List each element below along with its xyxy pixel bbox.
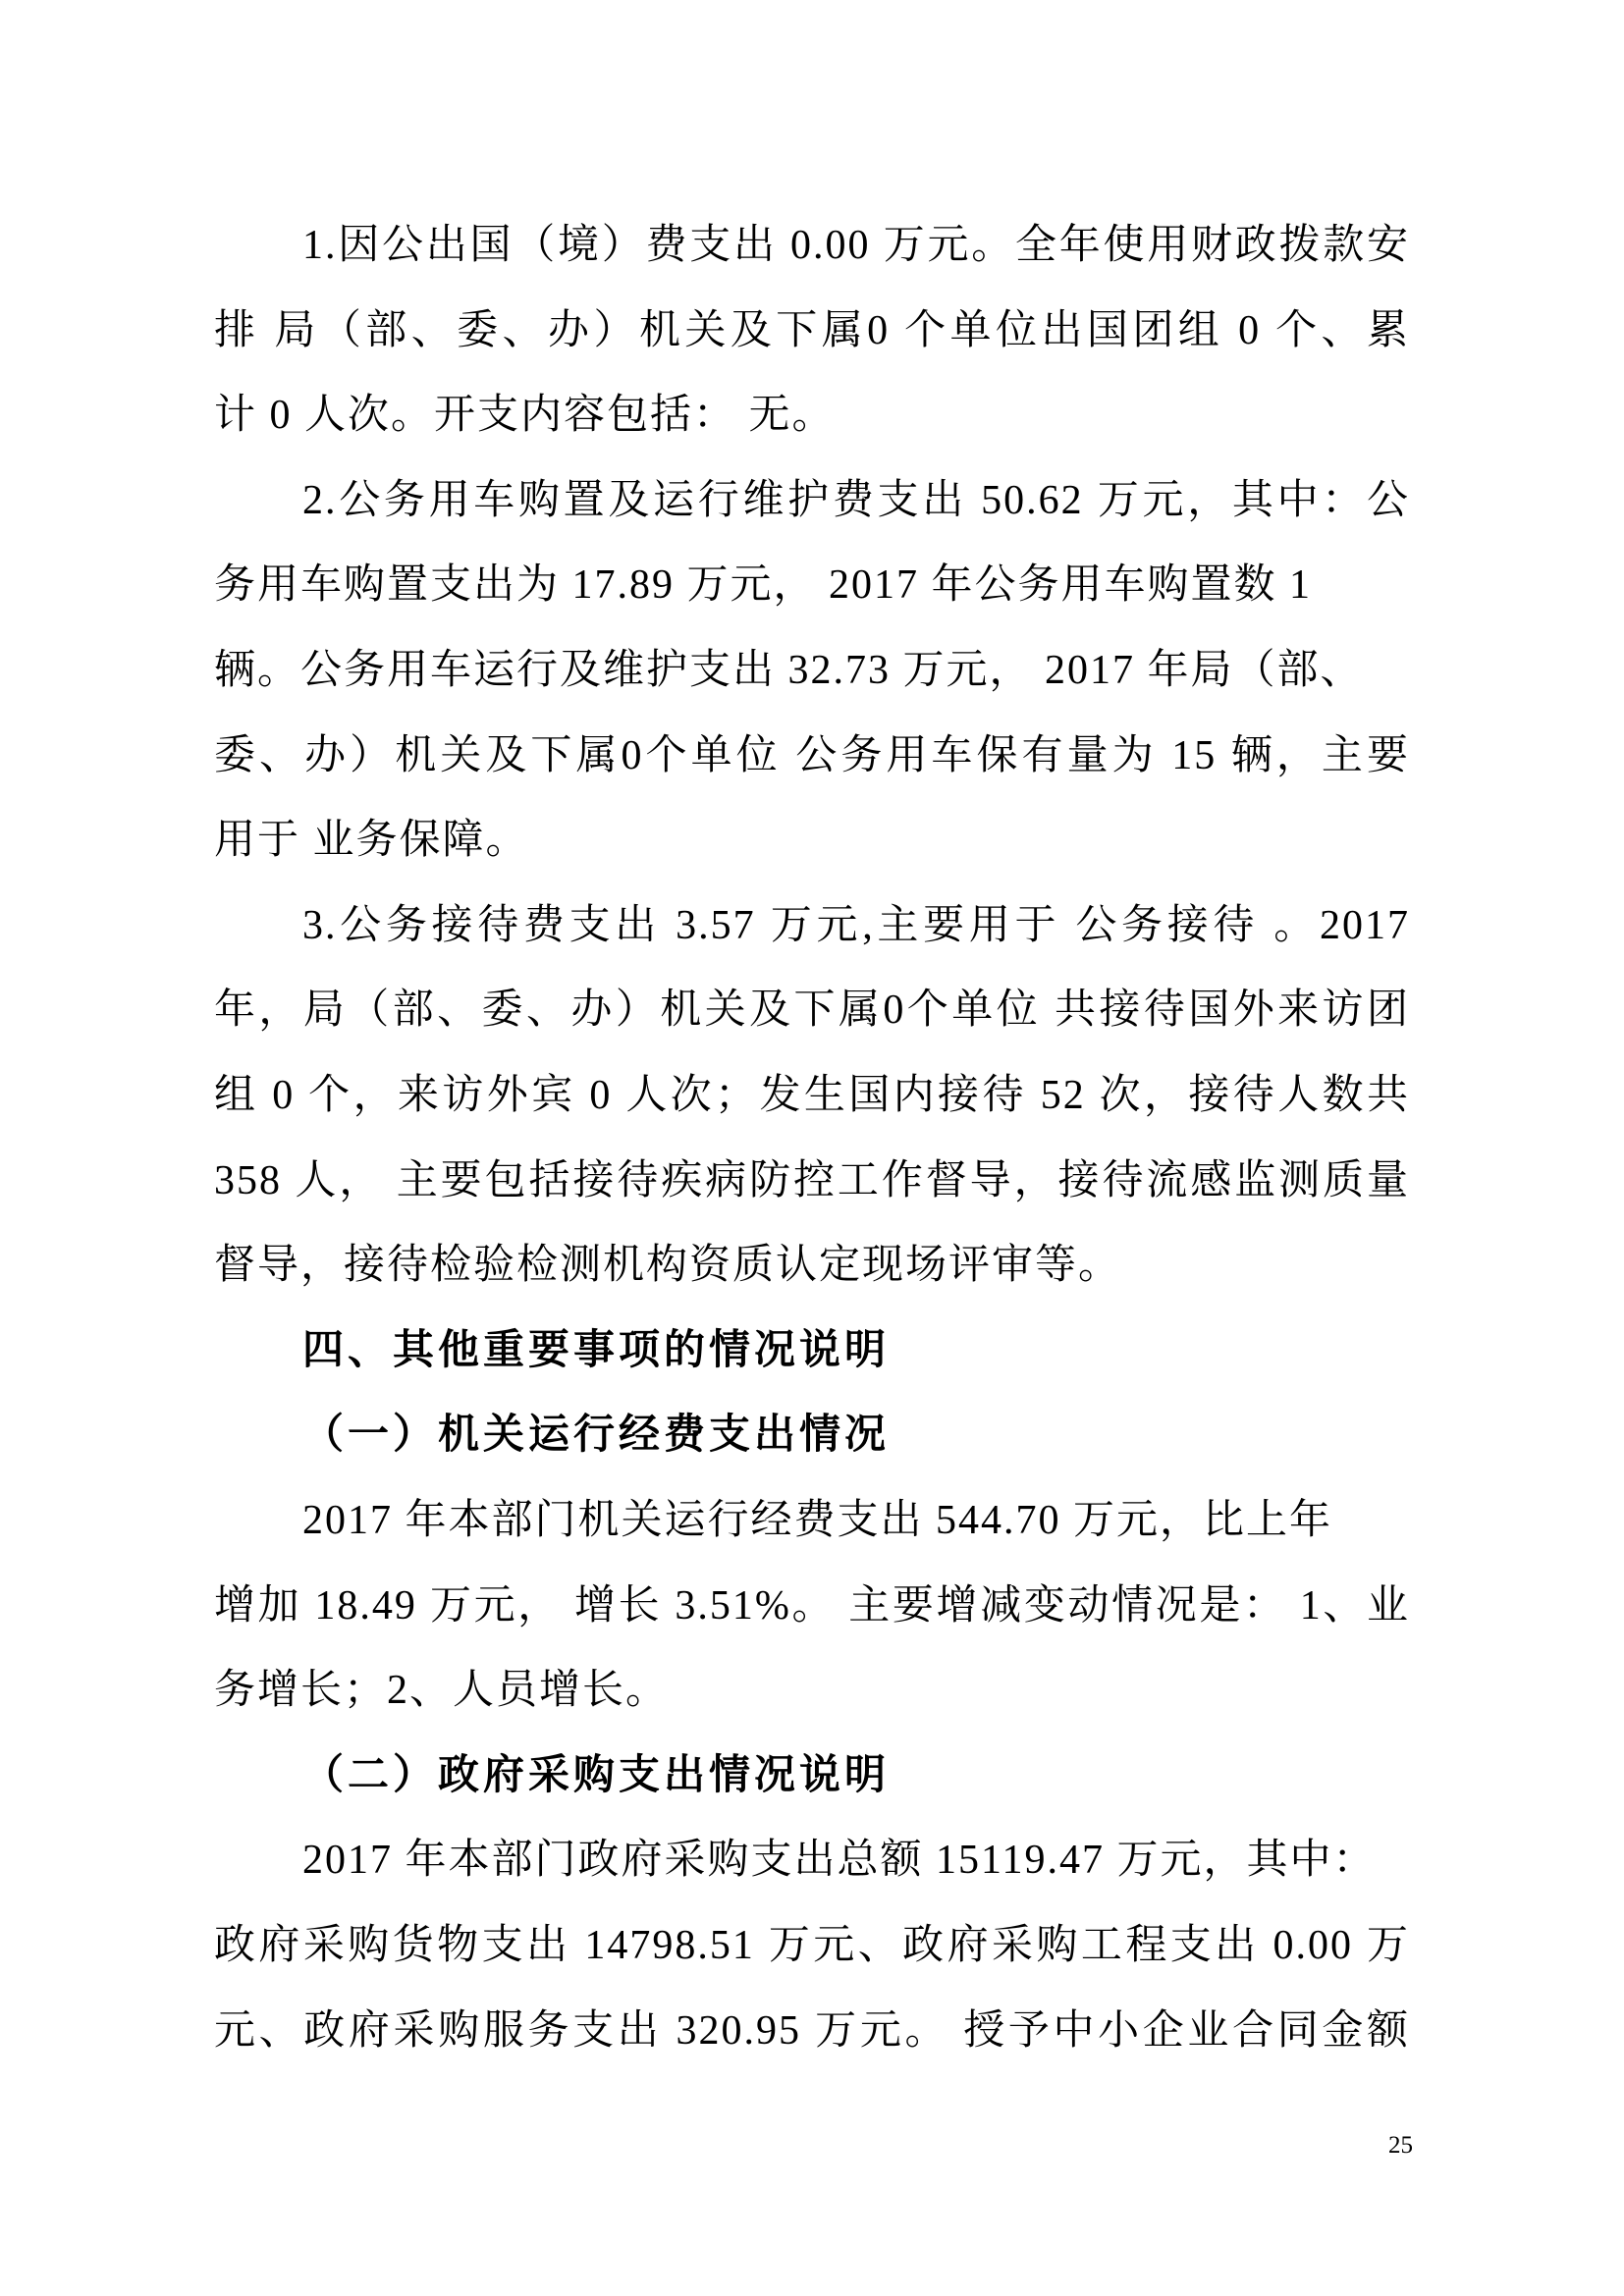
text-line: 排 局（部、委、办）机关及下属0 个单位出国团组 0 个、累 [214,289,1410,373]
text-line: 3.公务接待费支出 3.57 万元,主要用于 公务接待 。2017 [302,883,1410,968]
section-heading: （二）政府采购支出情况说明 [302,1734,1410,1818]
text-line: 2.公务用车购置及运行维护费支出 50.62 万元，其中：公 [302,458,1410,543]
text-line: 元、政府采购服务支出 320.95 万元。 授予中小企业合同金额 [214,1989,1410,2073]
document-page: 1.因公出国（境）费支出 0.00 万元。全年使用财政拨款安排 局（部、委、办）… [0,0,1624,2296]
text-line: 1.因公出国（境）费支出 0.00 万元。全年使用财政拨款安 [302,203,1410,288]
page-number: 25 [1388,2132,1413,2160]
text-line: 督导，接待检验检测机构资质认定现场评审等。 [214,1223,1410,1308]
text-line: 年，局（部、委、办）机关及下属0个单位 共接待国外来访团 [214,968,1410,1052]
text-line: 组 0 个，来访外宾 0 人次；发生国内接待 52 次，接待人数共 [214,1053,1410,1138]
text-line: 计 0 人次。开支内容包括： 无。 [214,373,1410,457]
text-line: 务用车购置支出为 17.89 万元， 2017 年公务用车购置数 1 [214,543,1410,627]
section-heading: 四、其他重要事项的情况说明 [302,1308,1410,1393]
text-line: 2017 年本部门政府采购支出总额 15119.47 万元，其中： [302,1818,1410,1902]
text-line: 用于 业务保障。 [214,798,1410,882]
section-heading: （一）机关运行经费支出情况 [302,1393,1410,1477]
text-line: 2017 年本部门机关运行经费支出 544.70 万元，比上年 [302,1478,1410,1563]
text-line: 务增长；2、人员增长。 [214,1648,1410,1733]
text-line: 358 人， 主要包括接待疾病防控工作督导，接待流感监测质量 [214,1139,1410,1223]
text-line: 辆。公务用车运行及维护支出 32.73 万元， 2017 年局（部、 [214,628,1410,713]
text-line: 委、办）机关及下属0个单位 公务用车保有量为 15 辆，主要 [214,714,1410,798]
text-line: 增加 18.49 万元， 增长 3.51%。 主要增减变动情况是： 1、业 [214,1564,1410,1648]
text-line: 政府采购货物支出 14798.51 万元、政府采购工程支出 0.00 万 [214,1903,1410,1988]
